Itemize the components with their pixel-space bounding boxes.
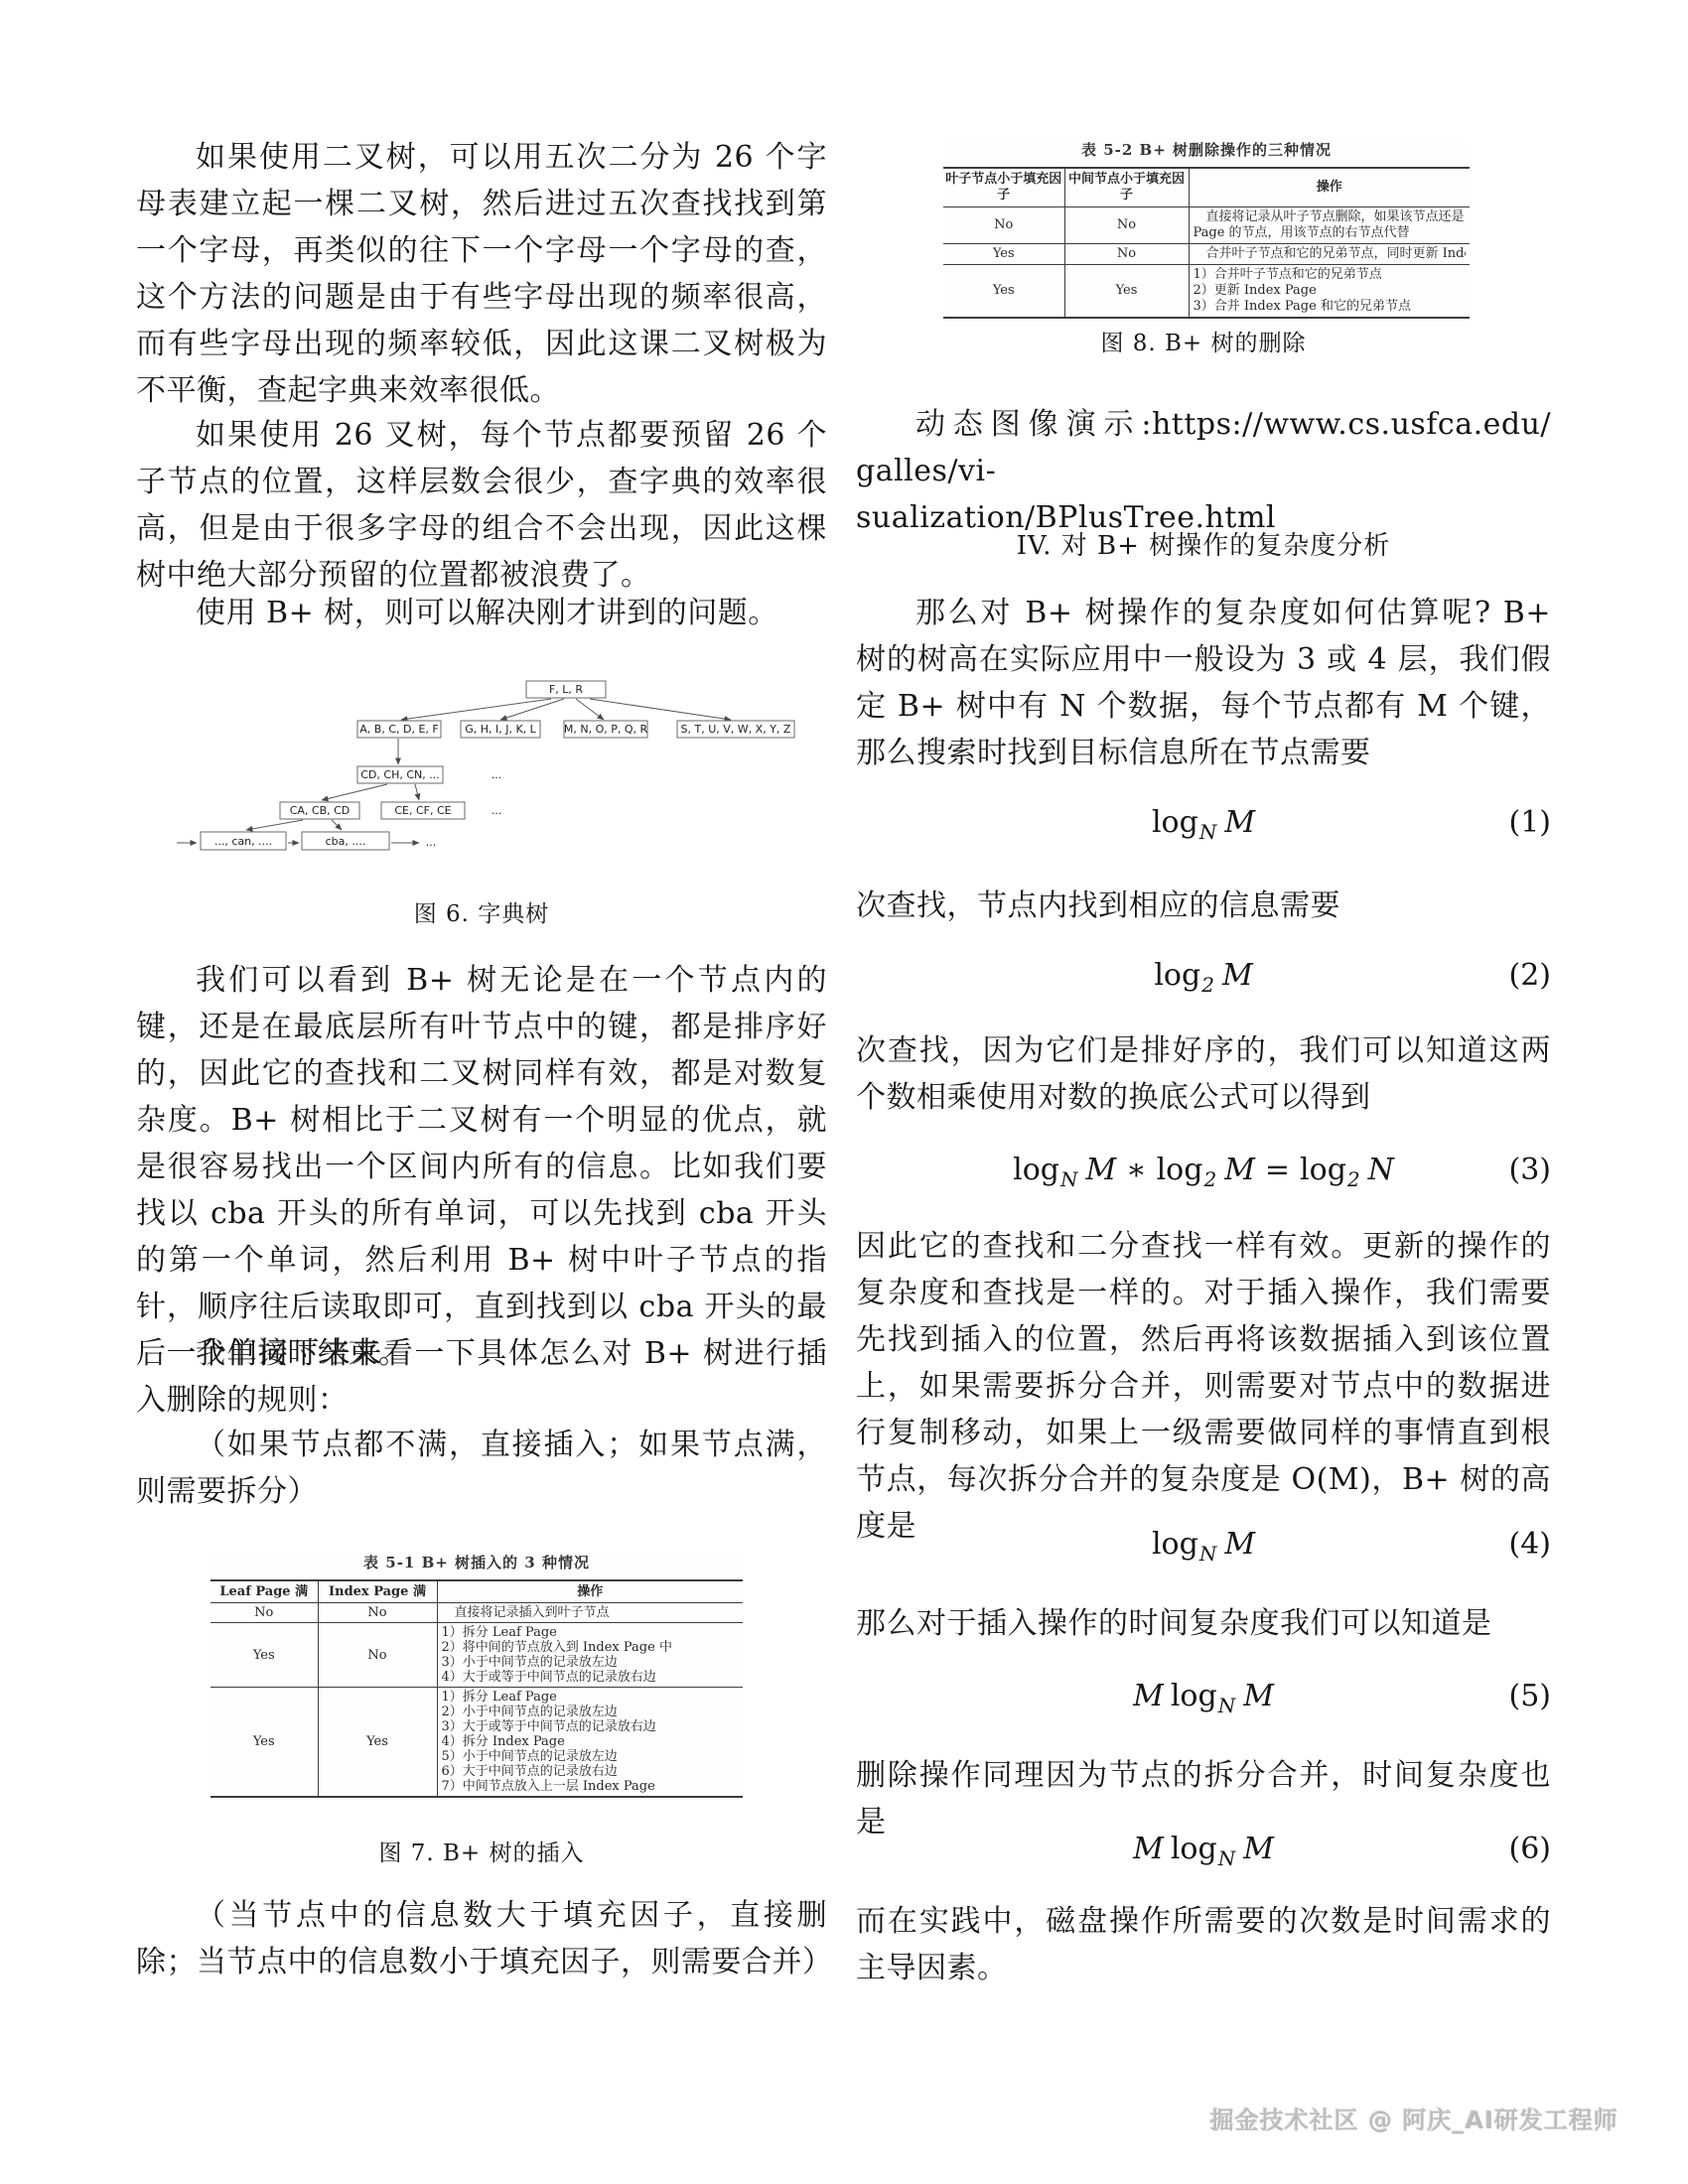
equation-number: (1) xyxy=(1509,799,1552,846)
eq6-log: log xyxy=(1171,1832,1217,1866)
eq6-sub: N xyxy=(1218,1846,1236,1870)
tree-ellipsis-level4: ... xyxy=(492,804,502,817)
cell-mid-underfill: Yes xyxy=(1064,265,1189,319)
eq3-sub3: 2 xyxy=(1347,1167,1360,1191)
tree-node-mnopqr: M, N, O, P, Q, R xyxy=(564,723,648,736)
eq3-ast-operator: ∗ xyxy=(1126,1153,1146,1187)
op-line: 2）更新 Index Page xyxy=(1194,283,1467,299)
paragraph-3: 使用 B+ 树，则可以解决刚才讲到的问题。 xyxy=(136,590,827,636)
paragraph-B: 次查找，节点内找到相应的信息需要 xyxy=(856,883,1551,929)
eq3-arg3: N xyxy=(1368,1153,1394,1187)
eq4-log: log xyxy=(1152,1527,1198,1562)
table-5-1-title: 表 5-1 B+ 树插入的 3 种情况 xyxy=(211,1552,743,1572)
eq5-log: log xyxy=(1171,1679,1217,1713)
table-5-2: 表 5-2 B+ 树删除操作的三种情况 叶子节点小于填充因子 中间节点小于填充因… xyxy=(943,139,1470,319)
eq4-arg: M xyxy=(1224,1527,1255,1562)
table-row: Leaf Page 满 Index Page 满 操作 xyxy=(211,1580,743,1603)
eq1-log: log xyxy=(1152,805,1198,840)
cell-leaf-underfill: Yes xyxy=(943,244,1064,265)
eq2-sub: 2 xyxy=(1201,973,1214,997)
cell-leaf-underfill: No xyxy=(943,207,1064,244)
table-5-2-grid: 叶子节点小于填充因子 中间节点小于填充因子 操作 No No 直接将记录从叶子节… xyxy=(943,167,1470,319)
cell-leaf-full: Yes xyxy=(211,1688,318,1798)
op-line: 1）拆分 Leaf Page xyxy=(442,1690,740,1705)
op-line: 直接将记录插入到叶子节点 xyxy=(442,1605,740,1620)
op-line: 4）拆分 Index Page xyxy=(442,1734,740,1749)
eq5-lead: M xyxy=(1133,1679,1164,1713)
eq3-sub2: 2 xyxy=(1203,1167,1216,1191)
table-row: Yes No 1）拆分 Leaf Page 2）将中间的节点放入到 Index … xyxy=(211,1623,743,1688)
eq3-equals: = xyxy=(1265,1153,1290,1187)
paragraph-E: 那么对于插入操作的时间复杂度我们可以知道是 xyxy=(856,1600,1551,1647)
op-line: Page 的节点，用该节点的右节点代替 xyxy=(1194,225,1467,241)
tree-node-abcdef: A, B, C, D, E, F xyxy=(359,723,438,736)
cell-index-full: Yes xyxy=(318,1688,437,1798)
table-row: Yes Yes 1）合并叶子节点和它的兄弟节点 2）更新 Index Page … xyxy=(943,265,1470,319)
cell-leaf-underfill: Yes xyxy=(943,265,1064,319)
eq3-arg2: M xyxy=(1224,1153,1255,1187)
col-header-leaf-page: Leaf Page 满 xyxy=(211,1580,318,1603)
eq3-log3: log xyxy=(1300,1153,1346,1187)
tree-ellipsis-level3: ... xyxy=(492,768,502,781)
tree-node-stuvwxyz: S, T, U, V, W, X, Y, Z xyxy=(681,723,791,736)
cell-mid-underfill: No xyxy=(1064,207,1189,244)
figure6-caption: 图 6. 字典树 xyxy=(136,895,827,928)
equation-1: logNM (1) xyxy=(856,799,1551,846)
table-5-2-title: 表 5-2 B+ 树删除操作的三种情况 xyxy=(943,139,1470,160)
equation-number: (5) xyxy=(1509,1673,1552,1719)
figure7-caption: 图 7. B+ 树的插入 xyxy=(136,1835,827,1867)
eq6-lead: M xyxy=(1133,1832,1164,1866)
watermark: 掘金技术社区 @ 阿庆_AI研发工程师 xyxy=(1210,2101,1618,2135)
tree-leaf-can: ..., can, .... xyxy=(214,835,272,848)
eq2-log: log xyxy=(1154,958,1200,993)
cell-index-full: No xyxy=(318,1623,437,1688)
eq5-arg: M xyxy=(1243,1679,1274,1713)
paragraph-1: 如果使用二叉树，可以用五次二分为 26 个字母表建立起一棵二叉树，然后进过五次查… xyxy=(136,134,827,414)
eq3-log2: log xyxy=(1157,1153,1203,1187)
paper-page: { "page": { "watermark": "掘金技术社区 @ 阿庆_AI… xyxy=(0,0,1688,2184)
table-row: No No 直接将记录插入到叶子节点 xyxy=(211,1603,743,1623)
op-line: 直接将记录从叶子节点删除，如果该节点还是 Index xyxy=(1194,209,1467,225)
op-line: 4）大于或等于中间节点的记录放右边 xyxy=(442,1670,740,1685)
op-line: 3）合并 Index Page 和它的兄弟节点 xyxy=(1194,299,1467,315)
eq3-arg1: M xyxy=(1085,1153,1116,1187)
paragraph-G: 而在实践中，磁盘操作所需要的次数是时间需求的主导因素。 xyxy=(856,1898,1551,1991)
tree-node-root: F, L, R xyxy=(549,683,583,696)
paragraph-7: （当节点中的信息数大于填充因子，直接删除；当节点中的信息数小于填充因子，则需要合… xyxy=(136,1892,827,1985)
paragraph-C: 次查找，因为它们是排好序的，我们可以知道这两个数相乘使用对数的换底公式可以得到 xyxy=(856,1027,1551,1121)
table-row: 叶子节点小于填充因子 中间节点小于填充因子 操作 xyxy=(943,168,1470,207)
op-line: 3）大于或等于中间节点的记录放右边 xyxy=(442,1719,740,1734)
op-line: 合并叶子节点和它的兄弟节点，同时更新 Index Page xyxy=(1194,246,1467,262)
col-header-operation: 操作 xyxy=(437,1580,743,1603)
eq1-arg: M xyxy=(1224,805,1255,840)
cell-leaf-full: No xyxy=(211,1603,318,1623)
op-line: 5）小于中间节点的记录放左边 xyxy=(442,1749,740,1764)
equation-2: log2M (2) xyxy=(856,952,1551,999)
equation-number: (4) xyxy=(1509,1521,1552,1568)
paragraph-D: 因此它的查找和二分查找一样有效。更新的操作的复杂度和查找是一样的。对于插入操作，… xyxy=(856,1223,1551,1550)
demo-url-line-1: 动态图像演示:https://www.cs.usfca.edu/ galles/… xyxy=(856,401,1551,494)
op-line: 1）拆分 Leaf Page xyxy=(442,1625,740,1640)
eq2-arg: M xyxy=(1222,958,1253,993)
equation-4: logNM (4) xyxy=(856,1521,1551,1568)
tree-node-ce-cf-ce: CE, CF, CE xyxy=(394,804,451,817)
eq3-log1: log xyxy=(1013,1153,1059,1187)
op-line: 2）小于中间节点的记录放左边 xyxy=(442,1705,740,1719)
dictionary-tree-figure: F, L, R A, B, C, D, E, F G, H, I, J, K, … xyxy=(169,673,814,867)
op-line: 7）中间节点放入上一层 Index Page xyxy=(442,1779,740,1794)
equation-number: (6) xyxy=(1509,1826,1552,1872)
equation-6: MlogNM (6) xyxy=(856,1826,1551,1872)
tree-node-ca-cb-cd: CA, CB, CD xyxy=(290,804,351,817)
paragraph-6: （如果节点都不满，直接插入；如果节点满，则需要拆分） xyxy=(136,1422,827,1515)
equation-5: MlogNM (5) xyxy=(856,1673,1551,1719)
table-row: Yes Yes 1）拆分 Leaf Page 2）小于中间节点的记录放左边 3）… xyxy=(211,1688,743,1798)
col-header-index-page: Index Page 满 xyxy=(318,1580,437,1603)
equation-number: (3) xyxy=(1509,1147,1552,1193)
col-header-operation: 操作 xyxy=(1189,168,1470,207)
section-heading: IV. 对 B+ 树操作的复杂度分析 xyxy=(856,525,1551,562)
cell-index-full: No xyxy=(318,1603,437,1623)
cell-mid-underfill: No xyxy=(1064,244,1189,265)
tree-leaf-cba: cba, .... xyxy=(326,835,366,848)
col-header-leaf-underfill: 叶子节点小于填充因子 xyxy=(943,168,1064,207)
paragraph-A: 那么对 B+ 树操作的复杂度如何估算呢? B+ 树的树高在实际应用中一般设为 3… xyxy=(856,590,1551,776)
eq6-arg: M xyxy=(1243,1832,1274,1866)
equation-3: logNM∗log2M=log2N (3) xyxy=(856,1147,1551,1193)
paragraph-4: 我们可以看到 B+ 树无论是在一个节点内的键，还是在最底层所有叶节点中的键，都是… xyxy=(136,957,827,1377)
tree-ellipsis-leaves: ... xyxy=(426,836,437,849)
tree-node-cd-chain: CD, CH, CN, ... xyxy=(360,768,439,781)
equation-number: (2) xyxy=(1509,952,1552,999)
op-line: 2）将中间的节点放入到 Index Page 中 xyxy=(442,1640,740,1655)
eq4-sub: N xyxy=(1199,1542,1217,1566)
table-5-1-grid: Leaf Page 满 Index Page 满 操作 No No 直接将记录插… xyxy=(211,1579,743,1798)
op-line: 3）小于中间节点的记录放左边 xyxy=(442,1655,740,1670)
paragraph-2: 如果使用 26 叉树，每个节点都要预留 26 个子节点的位置，这样层数会很少，查… xyxy=(136,412,827,599)
col-header-mid-underfill: 中间节点小于填充因子 xyxy=(1064,168,1189,207)
table-row: Yes No 合并叶子节点和它的兄弟节点，同时更新 Index Page xyxy=(943,244,1470,265)
demo-url-paragraph: 动态图像演示:https://www.cs.usfca.edu/ galles/… xyxy=(856,401,1551,541)
tree-node-ghijkl: G, H, I, J, K, L xyxy=(465,723,536,736)
op-line: 1）合并叶子节点和它的兄弟节点 xyxy=(1194,267,1467,283)
paragraph-5: 我们接下来来看一下具体怎么对 B+ 树进行插入删除的规则： xyxy=(136,1330,827,1424)
table-5-1: 表 5-1 B+ 树插入的 3 种情况 Leaf Page 满 Index Pa… xyxy=(211,1552,743,1798)
eq3-sub1: N xyxy=(1060,1167,1078,1191)
cell-leaf-full: Yes xyxy=(211,1623,318,1688)
op-line: 6）大于中间节点的记录放右边 xyxy=(442,1764,740,1779)
figure8-caption: 图 8. B+ 树的删除 xyxy=(856,325,1551,357)
eq1-sub: N xyxy=(1199,820,1217,844)
table-row: No No 直接将记录从叶子节点删除，如果该节点还是 Index Page 的节… xyxy=(943,207,1470,244)
eq5-sub: N xyxy=(1218,1694,1236,1717)
